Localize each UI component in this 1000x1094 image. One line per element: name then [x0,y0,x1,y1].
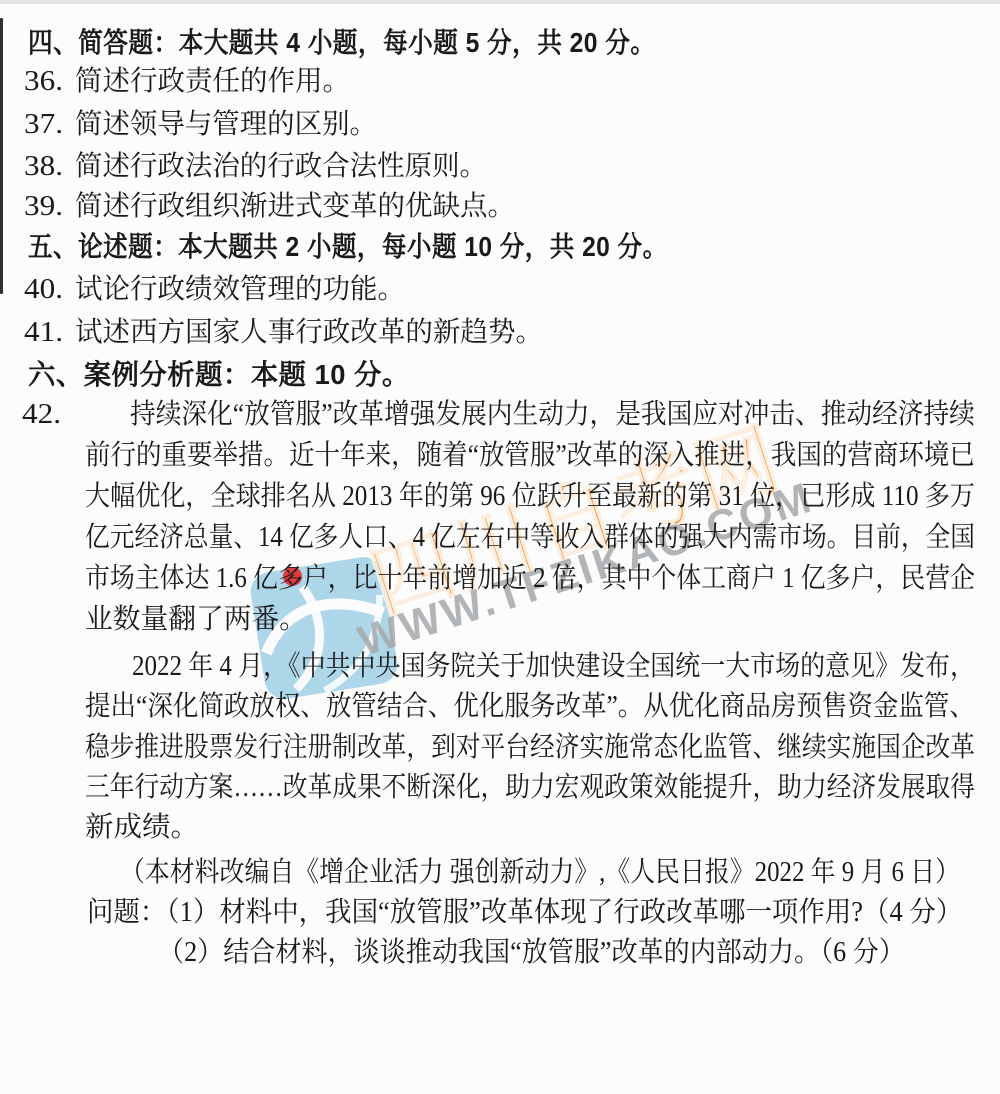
case-paragraph2-line-5: 新成绩。 [0,809,1000,847]
case-paragraph1-line-2: 前行的重要举措。近十年来，随着“放管服”改革的深入推进，我国的营商环境已 [0,437,1000,475]
case-text-line: 持续深化“放管服”改革增强发展内生动力，是我国应对冲击、推动经济持续 [130,396,975,434]
question-text: 简述行政责任的作用。 [75,63,350,101]
case-source-line: （本材料改编自《增企业活力 强创新动力》,《人民日报》2022 年 9 月 6 … [0,854,1000,892]
source-text: （本材料改编自《增企业活力 强创新动力》,《人民日报》2022 年 9 月 6 … [120,854,960,892]
case-text-line: 亿元经济总量、14 亿多人口、4 亿左右中等收入群体的强大内需市场。目前，全国 [85,519,975,557]
question-36: 36. 简述行政责任的作用。 [0,63,1000,101]
question-40: 40. 试论行政绩效管理的功能。 [0,271,1000,309]
question-number: 41. [24,314,63,352]
case-text-line: 三年行动方案……改革成果不断深化，助力宏观政策效能提升，助力经济发展取得 [85,769,975,807]
case-text-line: 新成绩。 [85,809,199,847]
question-number: 40. [24,271,63,309]
question-number: 38. [24,148,63,186]
case-paragraph1-line-5: 市场主体达 1.6 亿多户，比十年前增加近 2 倍，其中个体工商户 1 亿多户，… [0,560,1000,598]
case-paragraph2-line-4: 三年行动方案……改革成果不断深化，助力宏观政策效能提升，助力经济发展取得 [0,769,1000,807]
question-number: 37. [24,106,63,144]
case-text-line: 市场主体达 1.6 亿多户，比十年前增加近 2 倍，其中个体工商户 1 亿多户，… [85,560,975,598]
case-text-line: 提出“深化简政放权、放管结合、优化服务改革”。从优化商品房预售资金监管、 [85,688,975,726]
exam-paper-scan: 四川自考网 WWW.TFZIKAO.COM 四、简答题：本大题共 4 小题，每小… [0,0,1000,1094]
exam-content: 四、简答题：本大题共 4 小题，每小题 5 分，共 20 分。 36. 简述行政… [0,0,1000,1094]
case-paragraph1-line-1: 42. 持续深化“放管服”改革增强发展内生动力，是我国应对冲击、推动经济持续 [0,396,1000,434]
question-number: 42. [22,396,61,434]
question-41: 41. 试述西方国家人事行政改革的新趋势。 [0,314,1000,352]
question-text: 简述领导与管理的区别。 [75,106,377,144]
question-text: 简述行政组织渐进式变革的优缺点。 [75,188,515,226]
case-paragraph1-line-6: 业数量翻了两番。 [0,601,1000,639]
question-text: 试述西方国家人事行政改革的新趋势。 [75,314,543,352]
case-text-line: 业数量翻了两番。 [85,601,307,639]
case-text-line: 稳步推进股票发行注册制改革，到对平台经济实施常态化监管、继续实施国企改革 [85,729,975,767]
case-paragraph2-line-2: 提出“深化简政放权、放管结合、优化服务改革”。从优化商品房预售资金监管、 [0,688,1000,726]
case-paragraph1-line-3: 大幅优化，全球排名从 2013 年的第 96 位跃升至最新的第 31 位，已形成… [0,478,1000,516]
question-text: 简述行政法治的行政合法性原则。 [75,148,487,186]
sub-question-text: （2）结合材料，谈谈推动我国“放管服”改革的内部动力。（6 分） [158,934,905,972]
case-text-line: 2022 年 4 月，《中共中央国务院关于加快建设全国统一大市场的意见》发布， [132,648,975,686]
case-text-line: 大幅优化，全球排名从 2013 年的第 96 位跃升至最新的第 31 位，已形成… [85,478,975,516]
question-38: 38. 简述行政法治的行政合法性原则。 [0,148,1000,186]
section-heading-text: 五、论述题：本大题共 2 小题，每小题 10 分，共 20 分。 [28,228,668,266]
case-paragraph2-line-1: 2022 年 4 月，《中共中央国务院关于加快建设全国统一大市场的意见》发布， [0,648,1000,686]
case-paragraph2-line-3: 稳步推进股票发行注册制改革，到对平台经济实施常态化监管、继续实施国企改革 [0,729,1000,767]
question-37: 37. 简述领导与管理的区别。 [0,106,1000,144]
section-heading-case-analysis: 六、案例分析题：本题 10 分。 [0,356,1000,394]
question-number: 39. [24,188,63,226]
case-text-line: 前行的重要举措。近十年来，随着“放管服”改革的深入推进，我国的营商环境已 [85,437,975,475]
case-sub-question-1: 问题：（1）材料中，我国“放管服”改革体现了行政改革哪一项作用?（4 分） [0,894,1000,932]
question-text: 试论行政绩效管理的功能。 [75,271,405,309]
question-number: 36. [24,63,63,101]
section-heading-essay: 五、论述题：本大题共 2 小题，每小题 10 分，共 20 分。 [0,228,1000,266]
section-heading-text: 六、案例分析题：本题 10 分。 [28,356,410,394]
case-sub-question-2: （2）结合材料，谈谈推动我国“放管服”改革的内部动力。（6 分） [0,934,1000,972]
section-heading-short-answer: 四、简答题：本大题共 4 小题，每小题 5 分，共 20 分。 [0,24,1000,62]
section-heading-text: 四、简答题：本大题共 4 小题，每小题 5 分，共 20 分。 [28,24,655,62]
sub-question-text: 问题：（1）材料中，我国“放管服”改革体现了行政改革哪一项作用?（4 分） [87,894,962,932]
question-39: 39. 简述行政组织渐进式变革的优缺点。 [0,188,1000,226]
case-paragraph1-line-4: 亿元经济总量、14 亿多人口、4 亿左右中等收入群体的强大内需市场。目前，全国 [0,519,1000,557]
